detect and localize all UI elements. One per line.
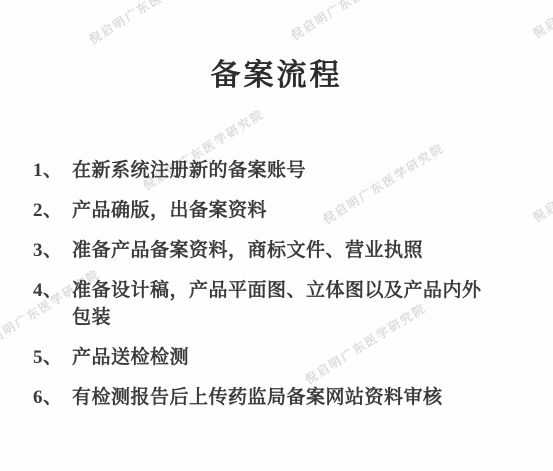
document-page: 倪启明广东医学研究院 倪启明广东医学研究院 倪启明广东医学研究院 倪启明广东医学… <box>0 0 553 471</box>
list-item-number: 6、 <box>33 384 72 411</box>
page-title: 备案流程 <box>0 58 553 94</box>
list-item: 5、 产品送检检测 <box>33 344 523 371</box>
list-item: 6、 有检测报告后上传药监局备案网站资料审核 <box>33 384 523 411</box>
list-item-number: 4、 <box>33 277 72 304</box>
list-item: 2、 产品确版，出备案资料 <box>33 197 523 224</box>
watermark-text: 倪启明广东医学研究院 <box>529 0 553 42</box>
list-item: 4、 准备设计稿，产品平面图、立体图以及产品内外包装 <box>33 277 523 331</box>
list-item: 1、 在新系统注册新的备案账号 <box>33 157 523 184</box>
watermark-text: 倪启明广东医学研究院 <box>287 0 415 44</box>
list-item: 3、 准备产品备案资料，商标文件、营业执照 <box>33 237 523 264</box>
list-item-number: 3、 <box>33 237 72 264</box>
list-item-text: 在新系统注册新的备案账号 <box>72 157 306 184</box>
list-item-text: 准备产品备案资料，商标文件、营业执照 <box>72 237 423 264</box>
list-item-number: 5、 <box>33 344 72 371</box>
list-item-text: 有检测报告后上传药监局备案网站资料审核 <box>72 384 443 411</box>
watermark-text: 倪启明广东医学研究院 <box>85 0 213 48</box>
list-item-text: 产品确版，出备案资料 <box>72 197 267 224</box>
list-item-text: 准备设计稿，产品平面图、立体图以及产品内外包装 <box>72 277 482 331</box>
process-list: 1、 在新系统注册新的备案账号 2、 产品确版，出备案资料 3、 准备产品备案资… <box>33 157 523 424</box>
watermark-text: 倪启明广东医学研究院 <box>529 137 553 226</box>
list-item-text: 产品送检检测 <box>72 344 189 371</box>
list-item-number: 1、 <box>33 157 72 184</box>
list-item-number: 2、 <box>33 197 72 224</box>
